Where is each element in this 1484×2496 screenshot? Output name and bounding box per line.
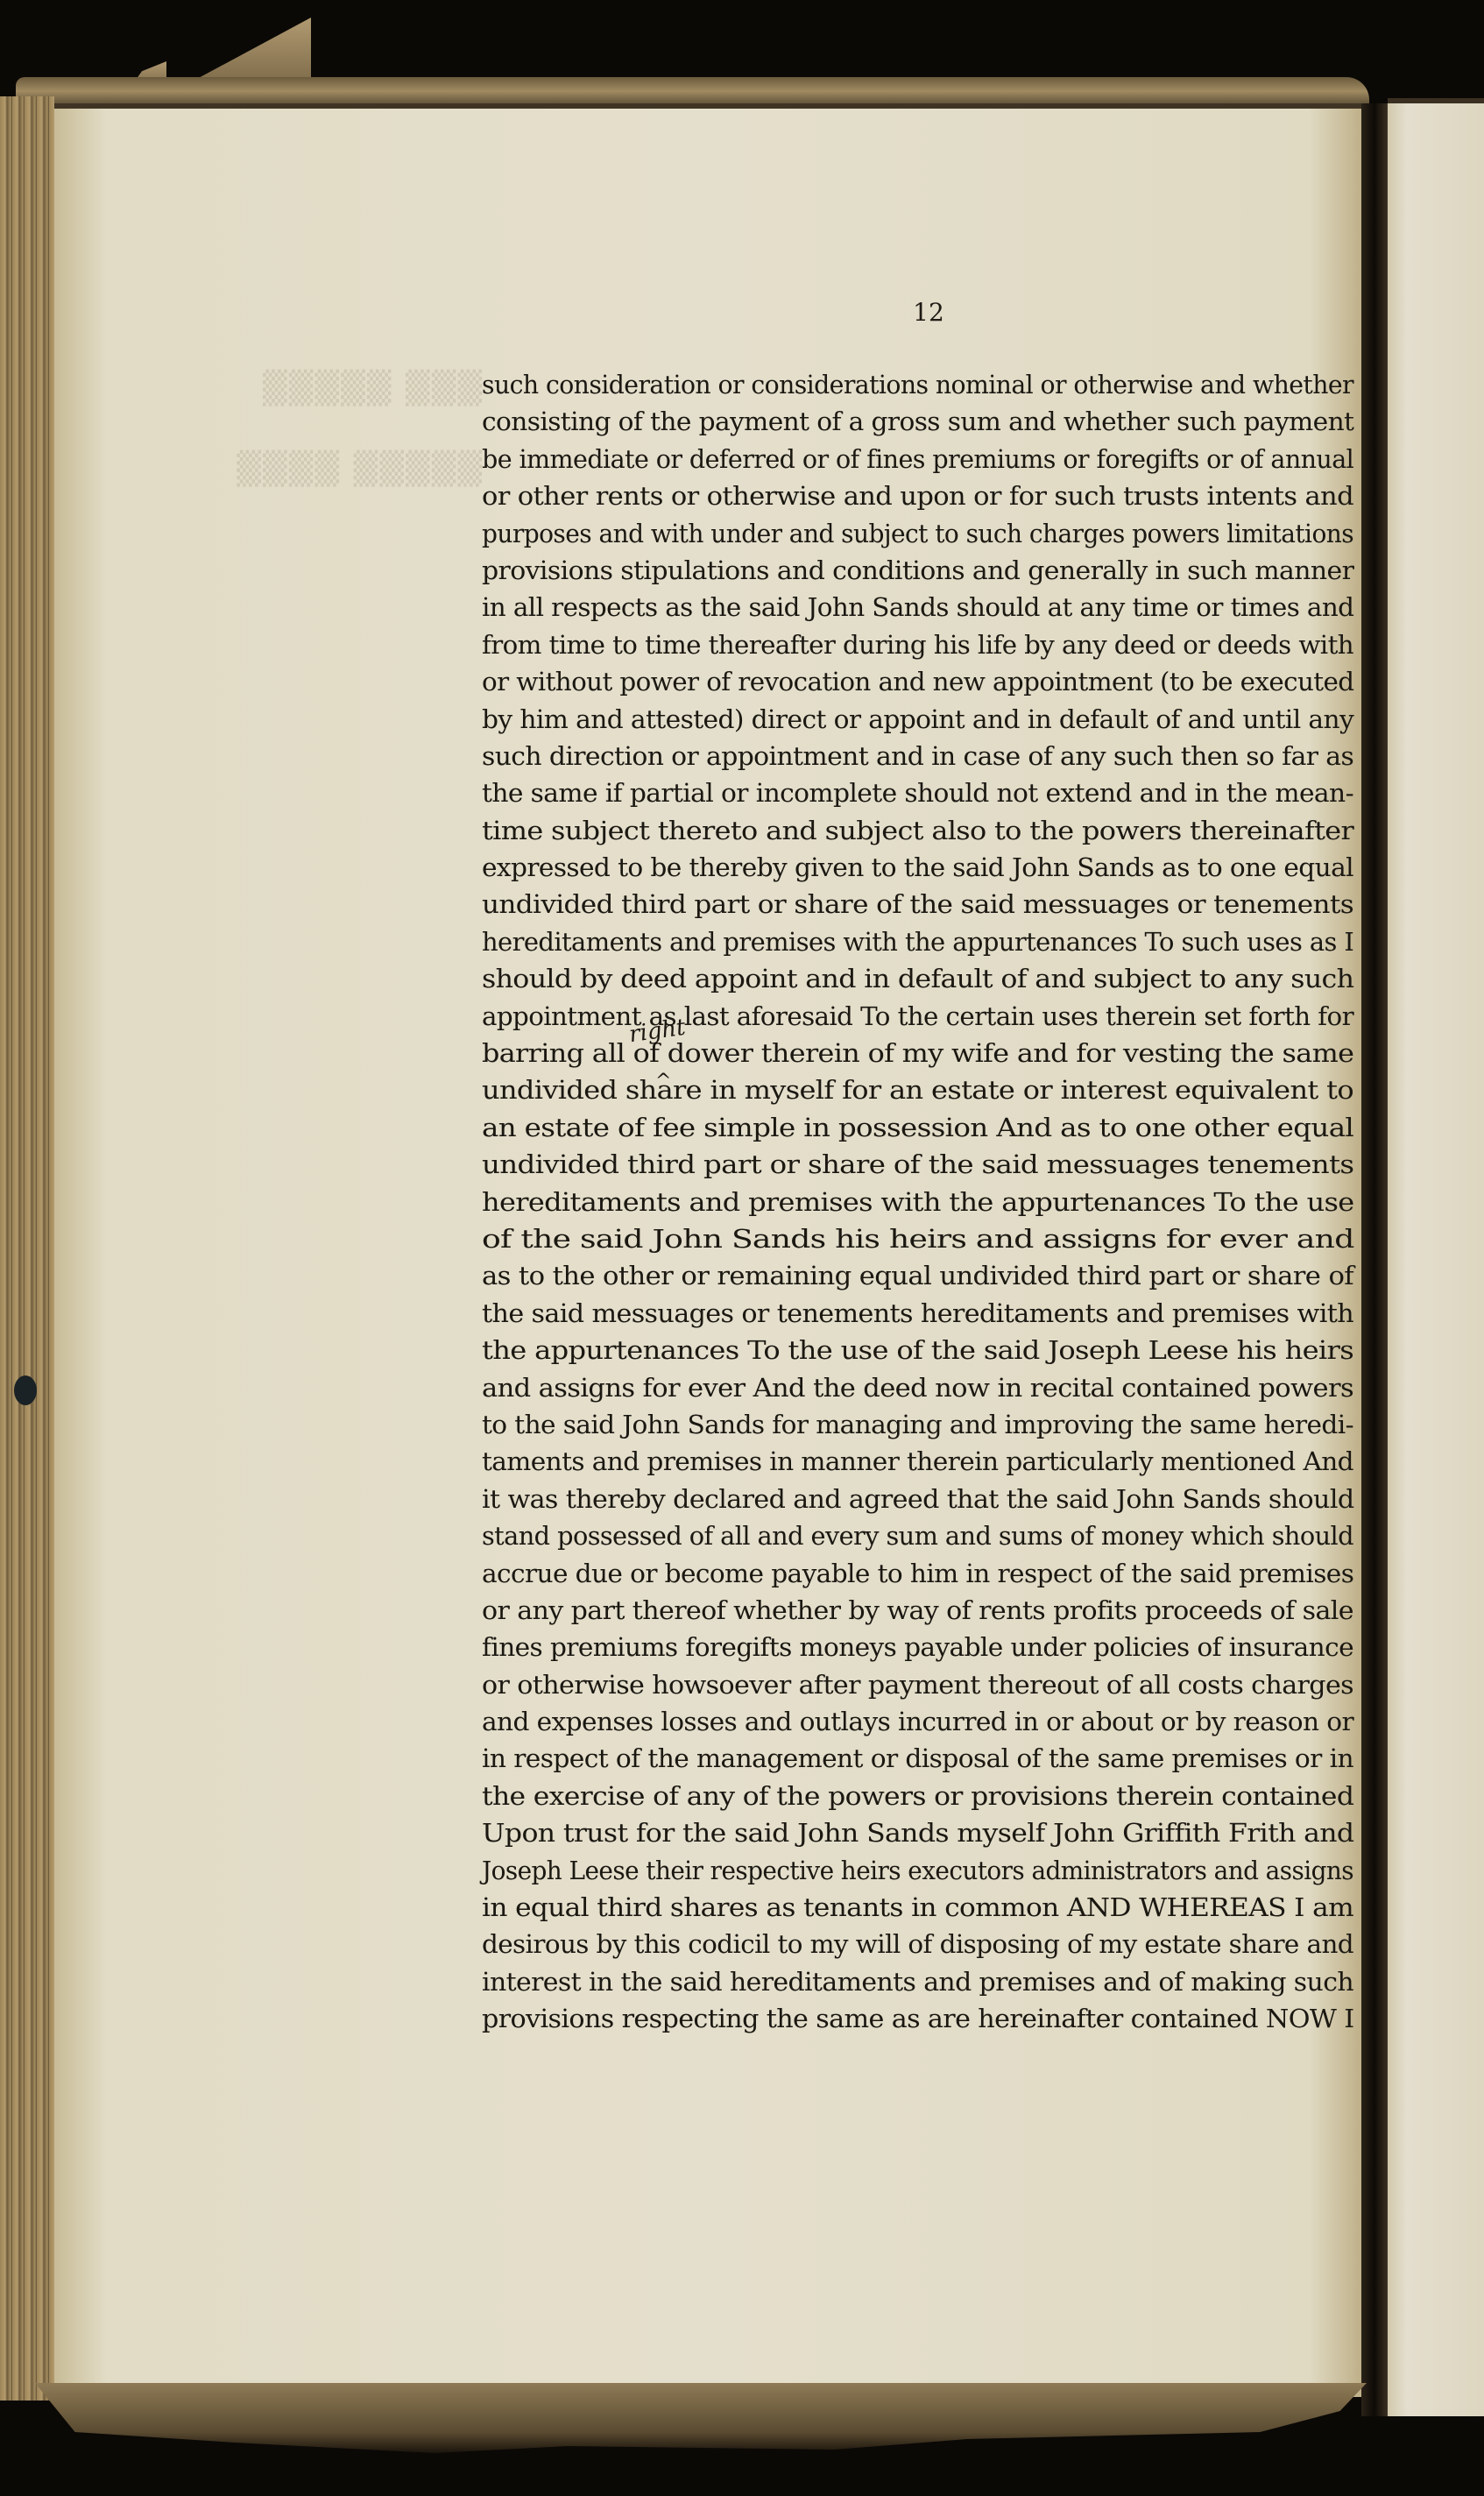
text-line: such direction or appointment and in cas… <box>482 738 1353 774</box>
text-line: time subject thereto and subject also to… <box>482 812 1353 849</box>
ink-blot <box>14 1375 37 1405</box>
adjacent-page <box>1388 98 1484 2416</box>
torn-paper-flap <box>184 18 311 86</box>
text-line: to the said John Sands for managing and … <box>482 1406 1353 1443</box>
text-line: stand possessed of all and every sum and… <box>482 1517 1353 1554</box>
text-line: accrue due or become payable to him in r… <box>482 1555 1353 1592</box>
text-line: the appurtenances To the use of the said… <box>482 1332 1353 1368</box>
book-page-edges <box>0 96 54 2401</box>
text-line: such consideration or considerations nom… <box>482 366 1353 403</box>
text-line: provisions stipulations and conditions a… <box>482 552 1353 589</box>
text-line: should by deed appoint and in default of… <box>482 960 1353 997</box>
bleed-through-text: ▒▒▒ ▒▒▒▒▒▒▒▒▒▒ ▒▒▒▒ <box>201 368 482 489</box>
text-line: consisting of the payment of a gross sum… <box>482 403 1353 440</box>
text-line: desirous by this codicil to my will of d… <box>482 1926 1353 1962</box>
text-line: as to the other or remaining equal undiv… <box>482 1257 1353 1294</box>
text-line: appointment as last aforesaid To the cer… <box>482 998 1353 1035</box>
text-line: or without power of revocation and new a… <box>482 663 1353 700</box>
torn-bottom-edge <box>35 2383 1367 2453</box>
text-line: hereditaments and premises with the appu… <box>482 1184 1353 1220</box>
text-line: expressed to be thereby given to the sai… <box>482 849 1353 886</box>
text-line: the exercise of any of the powers or pro… <box>482 1778 1353 1814</box>
text-line: or otherwise howsoever after payment the… <box>482 1666 1353 1703</box>
text-line: undivided third part or share of the sai… <box>482 886 1353 923</box>
page-number: 12 <box>902 298 955 327</box>
text-line: undivided third part or share of the sai… <box>482 1146 1353 1183</box>
text-line: barring all of dower therein of my wife … <box>482 1035 1353 1071</box>
text-line: an estate of fee simple in possession An… <box>482 1109 1353 1146</box>
text-line: undivided share in myself for an estate … <box>482 1071 1353 1108</box>
text-line: or any part thereof whether by way of re… <box>482 1592 1353 1629</box>
text-line: and assigns for ever And the deed now in… <box>482 1369 1353 1406</box>
text-line: in all respects as the said John Sands s… <box>482 589 1353 626</box>
text-line: of the said John Sands his heirs and ass… <box>482 1220 1353 1257</box>
text-line: the same if partial or incomplete should… <box>482 774 1353 811</box>
text-line: taments and premises in manner therein p… <box>482 1443 1353 1480</box>
text-line: Joseph Leese their respective heirs exec… <box>482 1852 1353 1889</box>
book-gutter <box>1361 103 1388 2416</box>
text-line: be immediate or deferred or of fines pre… <box>482 441 1353 477</box>
text-line: in respect of the management or disposal… <box>482 1740 1353 1777</box>
text-line: purposes and with under and subject to s… <box>482 515 1353 552</box>
text-line: fines premiums foregifts moneys payable … <box>482 1629 1353 1665</box>
insertion-caret-icon: ^ <box>655 1071 671 1092</box>
text-line: interest in the said hereditaments and p… <box>482 1963 1353 2000</box>
text-line: and expenses losses and outlays incurred… <box>482 1703 1353 1740</box>
text-line: from time to time thereafter during his … <box>482 626 1353 663</box>
text-line: hereditaments and premises with the appu… <box>482 923 1353 960</box>
text-line: Upon trust for the said John Sands mysel… <box>482 1814 1353 1851</box>
text-line: by him and attested) direct or appoint a… <box>482 701 1353 738</box>
text-line: in equal third shares as tenants in comm… <box>482 1889 1353 1926</box>
text-line: or other rents or otherwise and upon or … <box>482 477 1353 514</box>
text-line: it was thereby declared and agreed that … <box>482 1481 1353 1517</box>
text-line: provisions respecting the same as are he… <box>482 2000 1353 2037</box>
body-text: such consideration or considerations nom… <box>482 366 1353 2038</box>
text-line: the said messuages or tenements heredita… <box>482 1295 1353 1332</box>
